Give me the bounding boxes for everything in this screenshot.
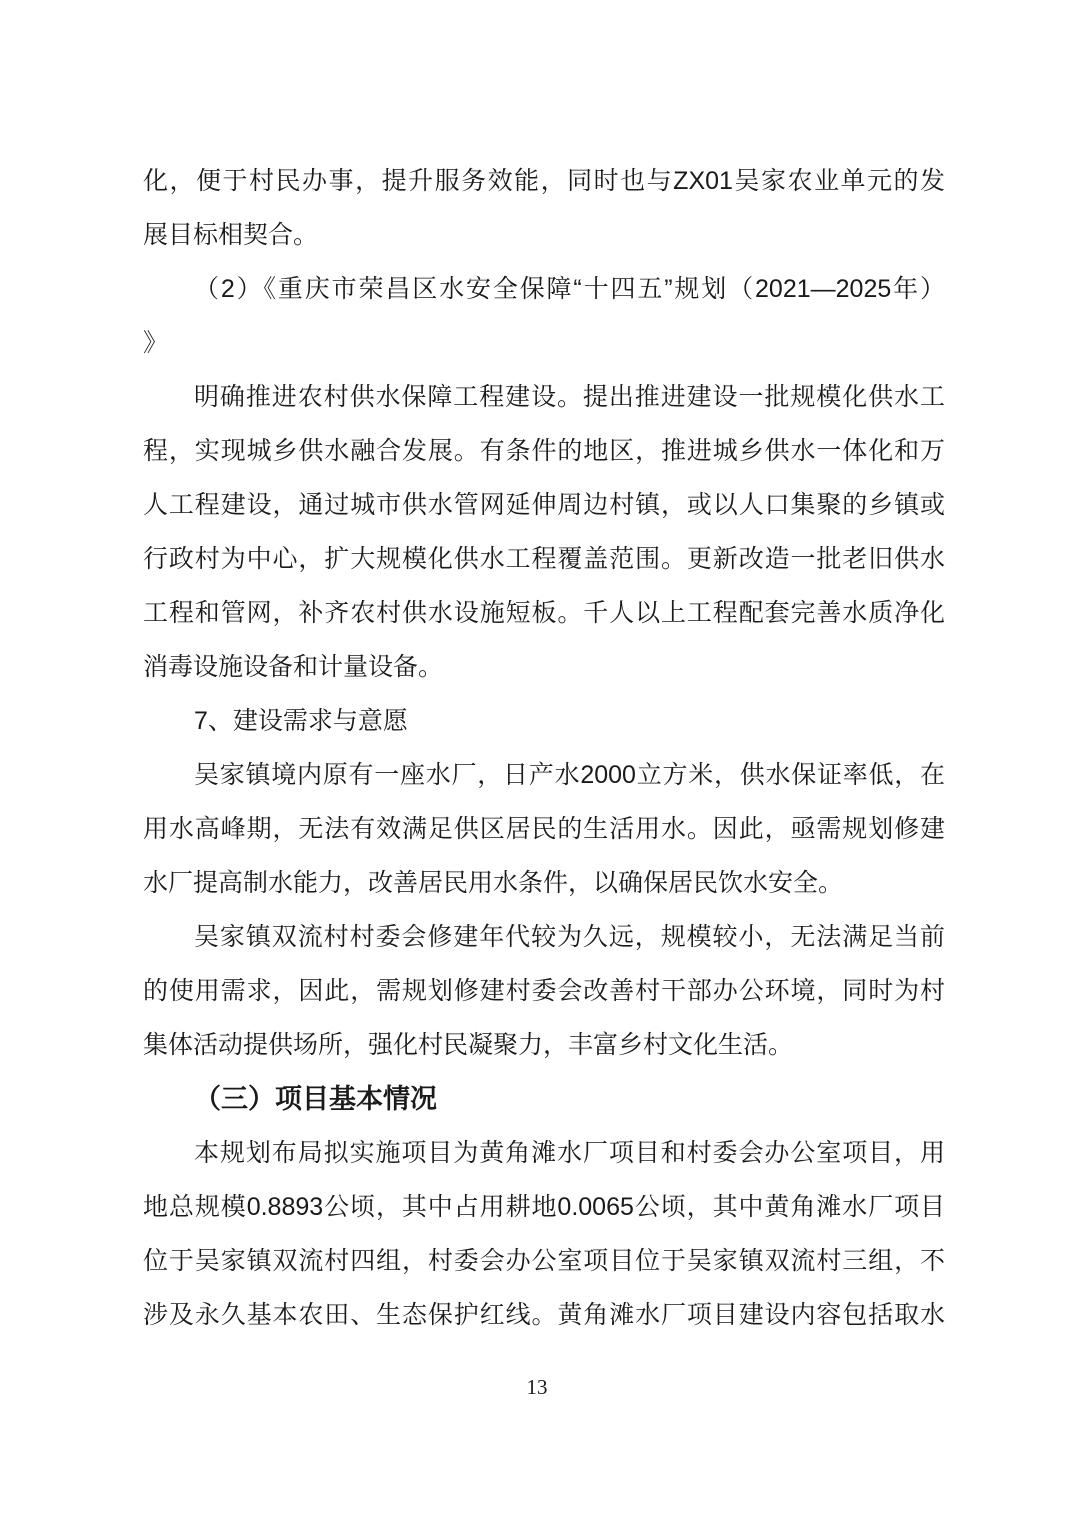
text-line: 用水高峰期，无法有效满足供区居民的生活用水。因此，亟需规划修建 <box>143 802 945 856</box>
text-line: 人工程建设，通过城市供水管网延伸周边村镇，或以人口集聚的乡镇或 <box>143 478 945 532</box>
text-line: 吴家镇双流村村委会修建年代较为久远，规模较小，无法满足当前 <box>143 910 945 964</box>
text-line: 展目标相契合。 <box>143 208 945 262</box>
text-line: 吴家镇境内原有一座水厂，日产水2000立方米，供水保证率低，在 <box>143 748 945 802</box>
subsection-heading: 7、建设需求与意愿 <box>143 694 945 748</box>
text-line: 》 <box>143 316 945 370</box>
text-line: 位于吴家镇双流村四组，村委会办公室项目位于吴家镇双流村三组，不 <box>143 1234 945 1288</box>
text-line: 明确推进农村供水保障工程建设。提出推进建设一批规模化供水工 <box>143 370 945 424</box>
text-line: 工程和管网，补齐农村供水设施短板。千人以上工程配套完善水质净化 <box>143 586 945 640</box>
text-line: 程，实现城乡供水融合发展。有条件的地区，推进城乡供水一体化和万 <box>143 424 945 478</box>
text-line: 地总规模0.8893公顷，其中占用耕地0.0065公顷，其中黄角滩水厂项目 <box>143 1180 945 1234</box>
document-page: 化，便于村民办事，提升服务效能，同时也与ZX01吴家农业单元的发 展目标相契合。… <box>0 0 1074 1520</box>
document-body: 化，便于村民办事，提升服务效能，同时也与ZX01吴家农业单元的发 展目标相契合。… <box>143 154 945 1342</box>
text-line: 水厂提高制水能力，改善居民用水条件，以确保居民饮水安全。 <box>143 856 945 910</box>
text-line: 的使用需求，因此，需规划修建村委会改善村干部办公环境，同时为村 <box>143 964 945 1018</box>
text-line: 消毒设施设备和计量设备。 <box>143 640 945 694</box>
text-line: 集体活动提供场所，强化村民凝聚力，丰富乡村文化生活。 <box>143 1018 945 1072</box>
section-heading: （三）项目基本情况 <box>143 1072 945 1126</box>
text-line: 化，便于村民办事，提升服务效能，同时也与ZX01吴家农业单元的发 <box>143 154 945 208</box>
text-line: 涉及永久基本农田、生态保护红线。黄角滩水厂项目建设内容包括取水 <box>143 1288 945 1342</box>
text-line: （2）《重庆市荣昌区水安全保障“十四五”规划（2021—2025年） <box>143 262 945 316</box>
text-line: 本规划布局拟实施项目为黄角滩水厂项目和村委会办公室项目，用 <box>143 1126 945 1180</box>
page-number: 13 <box>0 1372 1074 1402</box>
text-line: 行政村为中心，扩大规模化供水工程覆盖范围。更新改造一批老旧供水 <box>143 532 945 586</box>
